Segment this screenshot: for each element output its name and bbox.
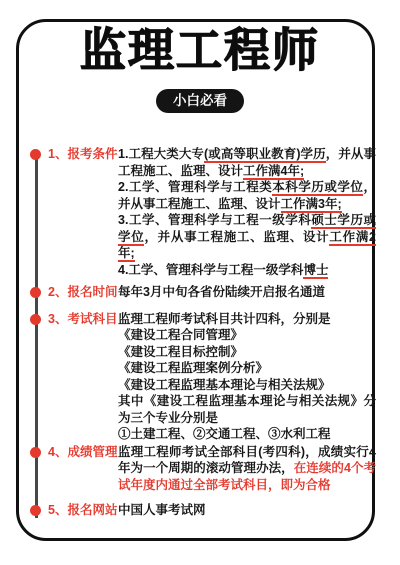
bullet-dot-icon: [30, 149, 41, 160]
section-row: 3、考试科目监理工程师考试科目共计四科，分别是《建设工程合同管理》《建设工程目标…: [30, 311, 376, 443]
section-body: 监理工程师考试科目共计四科，分别是《建设工程合同管理》《建设工程目标控制》《建设…: [118, 311, 376, 443]
section-row: 4、成绩管理监理工程师考试全部科目(考四科)，成绩实行4年为一个周期的滚动管理办…: [30, 444, 376, 494]
underlined-text: 博士: [303, 263, 328, 279]
section-row: 2、报名时间每年3月中旬各省份陆续开启报名通道: [30, 284, 376, 301]
bullet-dot-icon: [30, 447, 41, 458]
body-text: 《建设工程监理基本理论与相关法规》: [118, 378, 331, 392]
bullet-dot-icon: [30, 314, 41, 325]
section-body: 中国人事考试网: [118, 502, 376, 519]
underlined-text: (或高等职业教育)学历: [204, 147, 326, 163]
section-body: 每年3月中旬各省份陆续开启报名通道: [118, 284, 376, 301]
body-text: 4.工学、管理科学与工程一级学科: [118, 263, 303, 277]
section-heading: 3、考试科目: [48, 311, 118, 328]
body-text: 中国人事考试网: [118, 503, 206, 517]
body-text: ，并从事工程施工、监理、设计: [144, 230, 329, 244]
badge-pill: 小白必看: [156, 89, 244, 113]
body-text: 《建设工程合同管理》: [118, 328, 243, 342]
body-text: 《建设工程目标控制》: [118, 345, 243, 359]
section-heading: 1、报考条件: [48, 146, 118, 163]
poster: { "title": "监理工程师", "badge": "小白必看", "co…: [0, 0, 400, 565]
body-text: 其中《建设工程监理基本理论与相关法规》分为三个专业分别是: [118, 394, 376, 425]
body-text: 1.工程大类大专: [118, 147, 204, 161]
body-text: 2.工学、管理科学与工程类: [118, 180, 272, 194]
body-text: 《建设工程监理案例分析》: [118, 361, 268, 375]
underlined-text: 工作满4年;: [243, 164, 304, 180]
section-body: 监理工程师考试全部科目(考四科)，成绩实行4年为一个周期的滚动管理办法，在连续的…: [118, 444, 376, 494]
poster-title: 监理工程师: [0, 22, 400, 78]
body-text: ①土建工程、②交通工程、③水利工程: [118, 427, 331, 441]
section-body: 1.工程大类大专(或高等职业教育)学历，并从事工程施工、监理、设计工作满4年;2…: [118, 146, 376, 278]
underlined-text: 工作满3年;: [281, 197, 342, 213]
section-heading: 5、报名网站: [48, 502, 118, 519]
sections-area: 1、报考条件1.工程大类大专(或高等职业教育)学历，并从事工程施工、监理、设计工…: [30, 146, 376, 519]
section-heading: 2、报名时间: [48, 284, 118, 301]
bullet-dot-icon: [30, 287, 41, 298]
section-row: 5、报名网站中国人事考试网: [30, 502, 376, 519]
body-text: 监理工程师考试科目共计四科，分别是: [118, 312, 331, 326]
sections-list: 1、报考条件1.工程大类大专(或高等职业教育)学历，并从事工程施工、监理、设计工…: [30, 146, 376, 519]
underlined-text: 本科学历或学位: [272, 180, 363, 196]
section-heading: 4、成绩管理: [48, 444, 118, 461]
bullet-dot-icon: [30, 505, 41, 516]
body-text: 3.工学、管理科学与工程一级学科: [118, 213, 311, 227]
section-row: 1、报考条件1.工程大类大专(或高等职业教育)学历，并从事工程施工、监理、设计工…: [30, 146, 376, 278]
body-text: 每年3月中旬各省份陆续开启报名通道: [118, 285, 325, 299]
